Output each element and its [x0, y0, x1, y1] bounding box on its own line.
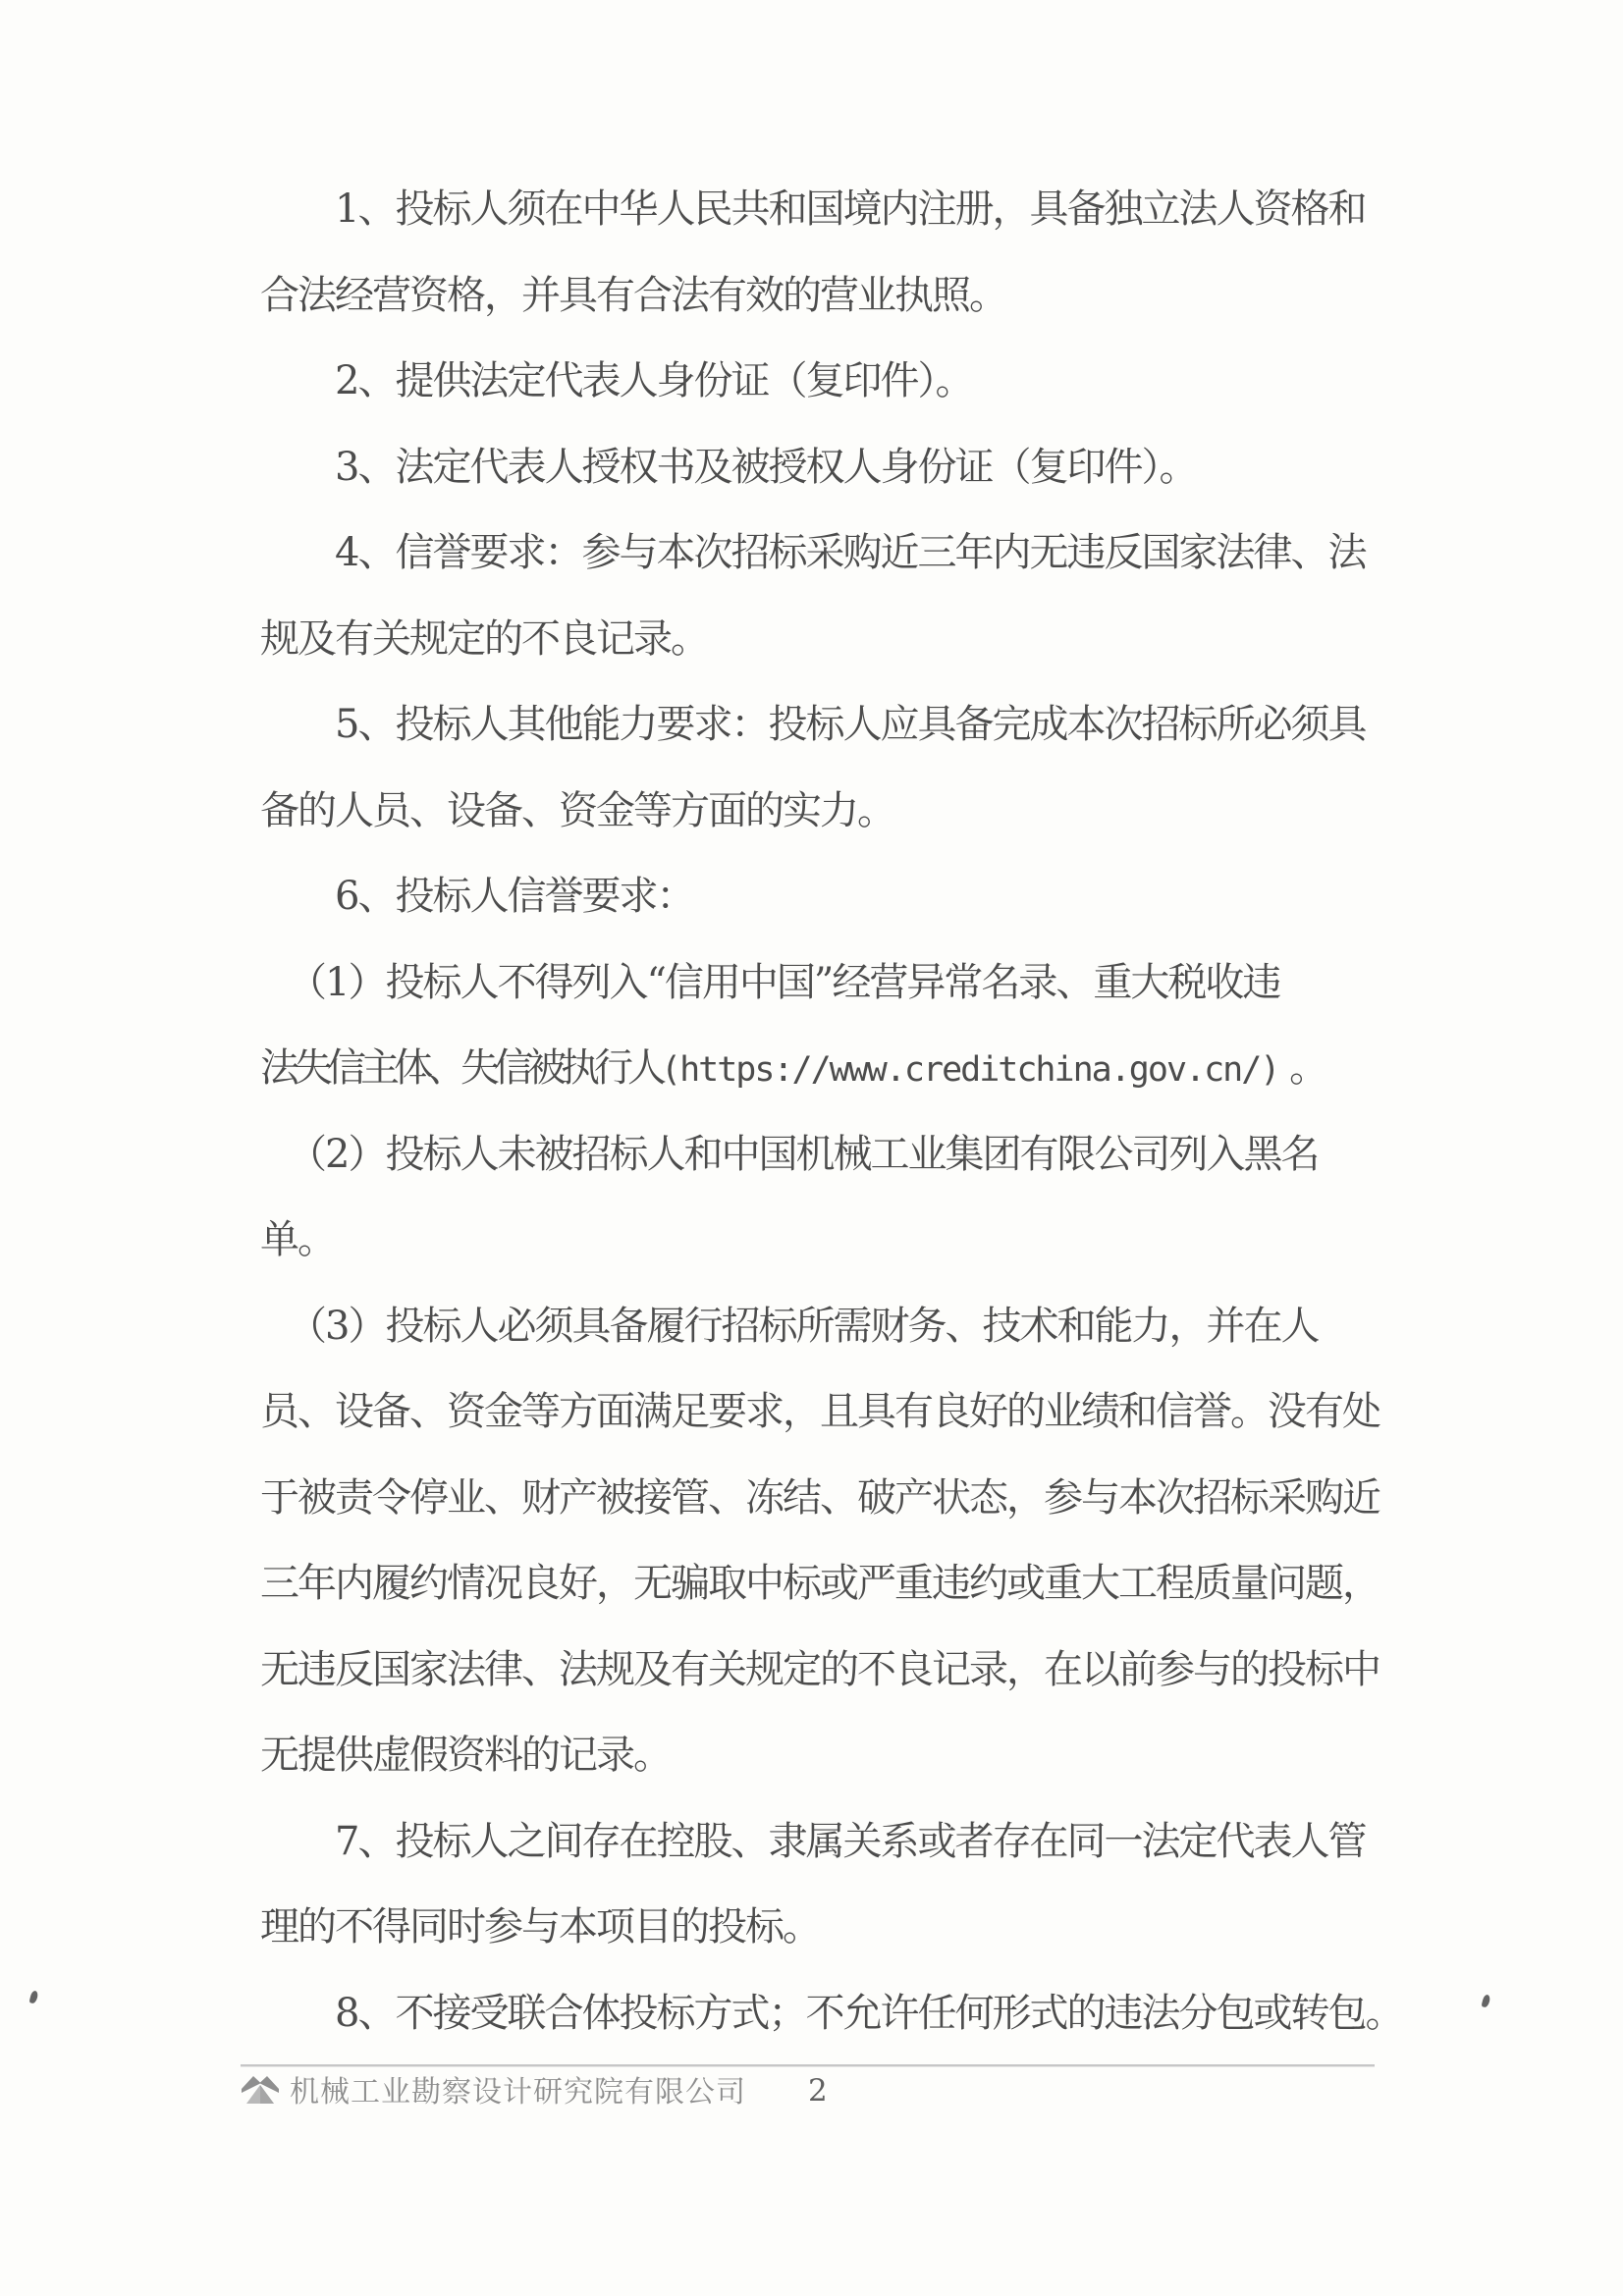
page-footer: 机械工业勘察设计研究院有限公司 2 — [241, 2064, 1378, 2112]
footer-company-name: 机械工业勘察设计研究院有限公司 — [290, 2075, 746, 2110]
body-line: （1）投标人不得列入“信用中国”经营异常名录、重大税收违 — [260, 940, 1399, 1027]
body-line: 单。 — [260, 1198, 1399, 1284]
body-line: （3）投标人必须具备履行招标所需财务、技术和能力，并在人 — [260, 1284, 1399, 1370]
scan-speck — [29, 1990, 39, 2003]
document-page: { "document": { "lines": [ {"text": "1、投… — [0, 0, 1623, 2296]
body-line-with-url: 法失信主体、失信被执行人(https://www.creditchina.gov… — [260, 1026, 1399, 1112]
body-line: 无提供虚假资料的记录。 — [260, 1713, 1399, 1799]
body-line: 6、投标人信誉要求： — [260, 854, 1399, 940]
footer-divider — [241, 2064, 1375, 2066]
body-line: 1、投标人须在中华人民共和国境内注册，具备独立法人资格和 — [260, 167, 1399, 253]
body-line: （2）投标人未被招标人和中国机械工业集团有限公司列入黑名 — [260, 1112, 1399, 1199]
body-line: 于被责令停业、财产被接管、冻结、破产状态，参与本次招标采购近 — [260, 1456, 1399, 1542]
body-line: 三年内履约情况良好，无骗取中标或严重违约或重大工程质量问题， — [260, 1541, 1399, 1628]
body-line: 合法经营资格，并具有合法有效的营业执照。 — [260, 253, 1399, 340]
url-line-prefix: 法失信主体、失信被执行人 — [260, 1045, 661, 1091]
body-line: 4、信誉要求：参与本次招标采购近三年内无违反国家法律、法 — [260, 510, 1399, 597]
creditchina-url: (https://www.creditchina.gov.cn/) — [661, 1050, 1278, 1090]
body-line: 规及有关规定的不良记录。 — [260, 597, 1399, 683]
body-line: 7、投标人之间存在控股、隶属关系或者存在同一法定代表人管 — [260, 1799, 1399, 1886]
mountain-emblem-icon — [241, 2073, 280, 2112]
body-line: 无违反国家法律、法规及有关规定的不良记录，在以前参与的投标中 — [260, 1628, 1399, 1714]
body-line: 3、法定代表人授权书及被授权人身份证（复印件）。 — [260, 425, 1399, 511]
body-line: 员、设备、资金等方面满足要求，且具有良好的业绩和信誉。没有处 — [260, 1369, 1399, 1456]
body-line: 2、提供法定代表人身份证（复印件）。 — [260, 339, 1399, 425]
body-line: 理的不得同时参与本项目的投标。 — [260, 1885, 1399, 1971]
scan-speck — [1482, 1994, 1491, 2007]
body-line: 备的人员、设备、资金等方面的实力。 — [260, 769, 1399, 855]
document-body: 1、投标人须在中华人民共和国境内注册，具备独立法人资格和 合法经营资格，并具有合… — [260, 167, 1399, 2056]
url-line-suffix: 。 — [1278, 1045, 1326, 1091]
body-line: 8、不接受联合体投标方式；不允许任何形式的违法分包或转包。 — [260, 1971, 1399, 2057]
footer-page-number: 2 — [808, 2073, 828, 2109]
body-line: 5、投标人其他能力要求：投标人应具备完成本次招标所必须具 — [260, 682, 1399, 769]
